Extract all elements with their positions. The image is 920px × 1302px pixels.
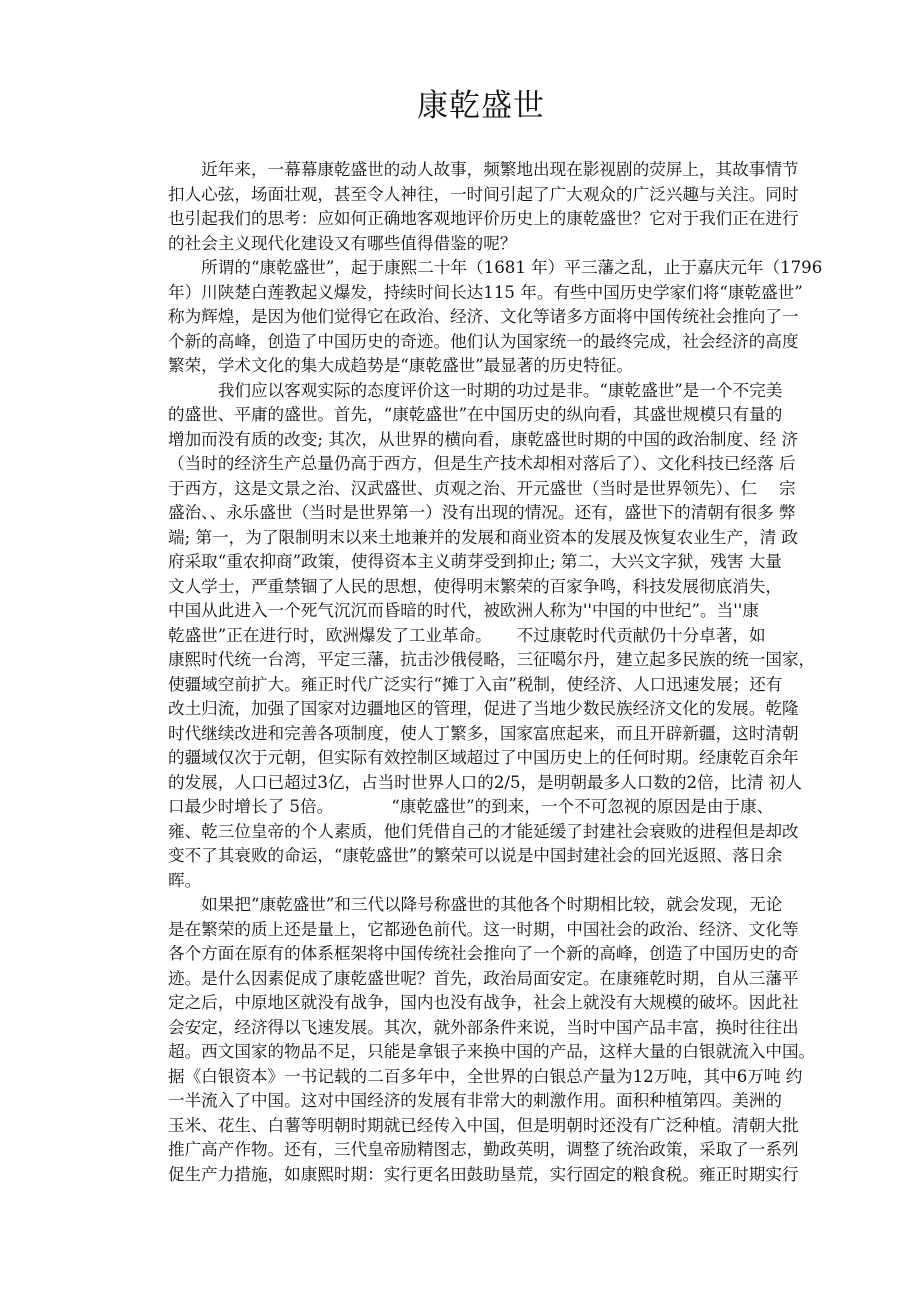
text-line: 的疆域仅次于元朝，但实际有效控制区域超过了中国历史上的任何时期。经康乾百余年 [168,746,794,771]
text-line: （当时的经济生产总量仍高于西方，但是生产技术却相对落后了）、文化科技已经落 后 [168,452,794,477]
text-line: 各个方面在原有的体系框架将中国传统社会推向了一个新的高峰，创造了中国历史的奇 [168,942,794,967]
document-page: 康乾盛世 近年来，一幕幕康乾盛世的动人故事，频繁地出现在影视剧的荧屏上，其故事情… [168,86,794,1187]
text-line: 我们应以客观实际的态度评价这一时期的功过是非。“康乾盛世”是一个不完美 [168,379,794,404]
text-line: 称为辉煌，是因为他们觉得它在政治、经济、文化等诸多方面将中国传统社会推向了一 [168,305,794,330]
paragraph: 我们应以客观实际的态度评价这一时期的功过是非。“康乾盛世”是一个不完美的盛世、平… [168,379,794,894]
document-title: 康乾盛世 [168,86,794,126]
text-line: 端; 第一，为了限制明末以来土地兼并的发展和商业资本的发展及恢复农业生产，清 政 [168,526,794,551]
text-line: 如果把“康乾盛世”和三代以降号称盛世的其他各个时期相比较，就会发现，无论 [168,893,794,918]
text-line: 一半流入了中国。这对中国经济的发展有非常大的刺激作用。面积种植第四。美洲的 [168,1089,794,1114]
text-line: 府采取“重农抑商”政策，使得资本主义萌芽受到抑止; 第二，大兴文字狱，残害 大量 [168,550,794,575]
text-line: 定之后，中原地区就没有战争，国内也没有战争，社会上就没有大规模的破坏。因此社 [168,991,794,1016]
text-line: 也引起我们的思考：应如何正确地客观地评价历史上的康乾盛世？它对于我们正在进行 [168,207,794,232]
text-line: 使疆域空前扩大。雍正时代广泛实行“摊丁入亩”税制，使经济、人口迅速发展；还有 [168,673,794,698]
text-line: 的发展，人口已超过3亿，占当时世界人口的2/5，是明朝最多人口数的2倍，比清 初… [168,771,794,796]
text-line: 改土归流，加强了国家对边疆地区的管理，促进了当地少数民族经济文化的发展。乾隆 [168,697,794,722]
text-line: 繁荣，学术文化的集大成趋势是“康乾盛世”最显著的历史特征。 [168,354,794,379]
text-line: 玉米、花生、白薯等明朝时期就已经传入中国，但是明朝时还没有广泛种植。清朝大批 [168,1114,794,1139]
text-line: 扣人心弦，场面壮观，甚至令人神往，一时间引起了广大观众的广泛兴趣与关注。同时 [168,183,794,208]
text-line: 康熙时代统一台湾，平定三藩，抗击沙俄侵略，三征噶尔丹，建立起多民族的统一国家， [168,648,794,673]
text-line: 所谓的“康乾盛世”，起于康熙二十年（1681 年）平三藩之乱，止于嘉庆元年（17… [168,256,794,281]
text-line: 的社会主义现代化建设又有哪些值得借鉴的呢？ [168,232,794,257]
text-line: 于西方，这是文景之治、汉武盛世、贞观之治、开元盛世（当时是世界领先）、仁 宗 [168,477,794,502]
text-line: 口最少时增长了 5倍。 “康乾盛世”的到来，一个不可忽视的原因是由于康、 [168,795,794,820]
text-line: 据《白银资本》一书记载的二百多年中，全世界的白银总产量为12万吨，其中6万吨 约 [168,1065,794,1090]
paragraph: 所谓的“康乾盛世”，起于康熙二十年（1681 年）平三藩之乱，止于嘉庆元年（17… [168,256,794,379]
text-line: 文人学士，严重禁锢了人民的思想，使得明末繁荣的百家争鸣，科技发展彻底消失， [168,575,794,600]
text-line: 盛治、、永乐盛世（当时是世界第一）没有出现的情况。还有，盛世下的清朝有很多 弊 [168,501,794,526]
text-line: 超。西文国家的物品不足，只能是拿银子来换中国的产品，这样大量的白银就流入中国。 [168,1040,794,1065]
text-line: 个新的高峰，创造了中国历史的奇迹。他们认为国家统一的最终完成，社会经济的高度 [168,330,794,355]
text-line: 近年来，一幕幕康乾盛世的动人故事，频繁地出现在影视剧的荧屏上，其故事情节 [168,158,794,183]
text-line: 迹。是什么因素促成了康乾盛世呢？首先，政治局面安定。在康雍乾时期，自从三藩平 [168,967,794,992]
text-line: 推广高产作物。还有，三代皇帝励精图志，勤政英明，调整了统治政策，采取了一系列 [168,1138,794,1163]
text-line: 晖。 [168,869,794,894]
text-line: 变不了其衰败的命运，“康乾盛世”的繁荣可以说是中国封建社会的回光返照、落日余 [168,844,794,869]
paragraph: 近年来，一幕幕康乾盛世的动人故事，频繁地出现在影视剧的荧屏上，其故事情节扣人心弦… [168,158,794,256]
text-line: 年）川陕楚白莲教起义爆发，持续时间长达115 年。有些中国历史学家们将“康乾盛世… [168,281,794,306]
text-line: 中国从此进入一个死气沉沉而昏暗的时代，被欧洲人称为''中国的中世纪”。当''康 [168,599,794,624]
text-line: 时代继续改进和完善各项制度，使人丁繁多，国家富庶起来，而且开辟新疆，这时清朝 [168,722,794,747]
text-line: 乾盛世”正在进行时，欧洲爆发了工业革命。 不过康乾时代贡献仍十分卓著，如 [168,624,794,649]
document-body: 近年来，一幕幕康乾盛世的动人故事，频繁地出现在影视剧的荧屏上，其故事情节扣人心弦… [168,158,794,1187]
text-line: 会安定，经济得以飞速发展。其次，就外部条件来说，当时中国产品丰富，换时往往出 [168,1016,794,1041]
paragraph: 如果把“康乾盛世”和三代以降号称盛世的其他各个时期相比较，就会发现，无论是在繁荣… [168,893,794,1187]
text-line: 是在繁荣的质上还是量上，它都逊色前代。这一时期，中国社会的政治、经济、文化等 [168,918,794,943]
text-line: 增加而没有质的改变; 其次，从世界的横向看，康乾盛世时期的中国的政治制度、经 济 [168,428,794,453]
text-line: 雍、乾三位皇帝的个人素质，他们凭借自己的才能延缓了封建社会衰败的进程但是却改 [168,820,794,845]
text-line: 促生产力措施，如康熙时期：实行更名田鼓助垦荒，实行固定的粮食税。雍正时期实行 [168,1163,794,1188]
text-line: 的盛世、平庸的盛世。首先，“康乾盛世”在中国历史的纵向看，其盛世规模只有量的 [168,403,794,428]
